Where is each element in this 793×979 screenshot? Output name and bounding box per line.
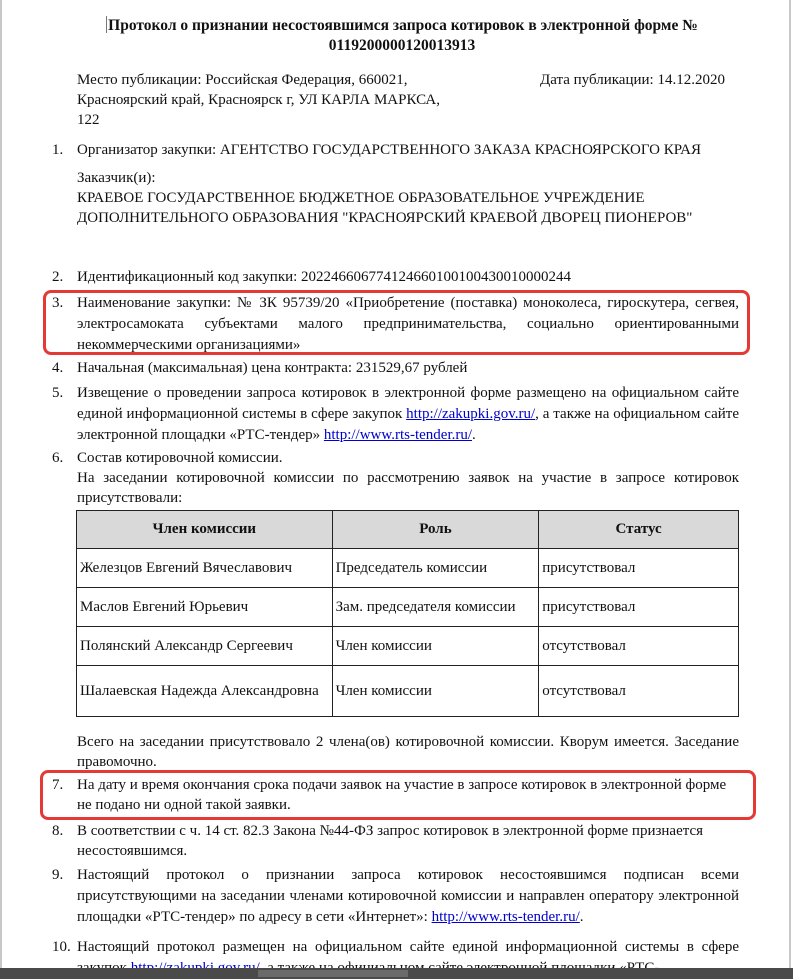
table-header-row: Член комиссии Роль Статус — [77, 511, 739, 549]
highlight-box-item-3 — [43, 290, 750, 355]
publication-date: Дата публикации: 14.12.2020 — [540, 70, 725, 90]
item-max-price: 4. Начальная (максимальная) цена контрак… — [52, 358, 742, 378]
organizer-text: Организатор закупки: АГЕНТСТВО ГОСУДАРСТ… — [77, 140, 717, 160]
member-role: Зам. председателя комиссии — [332, 588, 539, 627]
document-page: Протокол о признании несостоявшимся запр… — [0, 0, 791, 968]
member-status: отсутствовал — [539, 666, 739, 717]
table-row: Маслов Евгений Юрьевич Зам. председателя… — [77, 588, 739, 627]
member-role: Член комиссии — [332, 627, 539, 666]
scrollbar-thumb[interactable] — [258, 970, 408, 977]
item-protocol-published: 10. Настоящий протокол размещен на офици… — [52, 937, 739, 968]
horizontal-scrollbar[interactable] — [0, 968, 793, 979]
table-row: Шалаевская Надежда Александровна Член ко… — [77, 666, 739, 717]
member-name: Полянский Александр Сергеевич — [77, 627, 333, 666]
highlight-box-item-7 — [40, 770, 756, 820]
document-title: Протокол о признании несостоявшимся запр… — [62, 16, 742, 56]
zakupki-link[interactable]: http://zakupki.gov.ru/ — [131, 960, 260, 968]
rts-tender-link[interactable]: http://www.rts-tender.ru/ — [324, 427, 472, 443]
header-member: Член комиссии — [77, 511, 333, 549]
commission-subtext: На заседании котировочной комиссии по ра… — [77, 468, 739, 508]
publication-place: Место публикации: Российская Федерация, … — [77, 70, 457, 130]
member-name: Железцов Евгений Вячеславович — [77, 549, 333, 588]
item-notice: 5. Извещение о проведении запроса котиро… — [52, 383, 739, 446]
item-protocol-signed: 9. Настоящий протокол о признании запрос… — [52, 865, 739, 928]
customer-label: Заказчик(и): — [77, 168, 742, 188]
member-role: Член комиссии — [332, 666, 539, 717]
rts-tender-link[interactable]: http://www.rts-tender.ru/ — [432, 909, 580, 925]
customer-name: КРАЕВОЕ ГОСУДАРСТВЕННОЕ БЮДЖЕТНОЕ ОБРАЗО… — [77, 188, 717, 228]
member-status: присутствовал — [539, 549, 739, 588]
title-number: 0119200000120013913 — [329, 37, 475, 54]
member-role: Председатель комиссии — [332, 549, 539, 588]
item-organizer: 1. Организатор закупки: АГЕНТСТВО ГОСУДА… — [52, 140, 742, 228]
member-status: присутствовал — [539, 588, 739, 627]
header-status: Статус — [539, 511, 739, 549]
commission-table: Член комиссии Роль Статус Железцов Евген… — [76, 510, 739, 717]
member-name: Маслов Евгений Юрьевич — [77, 588, 333, 627]
commission-summary: Всего на заседании присутствовало 2 член… — [52, 732, 739, 772]
zakupki-link[interactable]: http://zakupki.gov.ru/ — [406, 406, 535, 422]
title-line-1: Протокол о признании несостоявшимся запр… — [108, 17, 698, 34]
header-role: Роль — [332, 511, 539, 549]
item-procurement-code: 2. Идентификационный код закупки: 202246… — [52, 267, 742, 287]
table-row: Полянский Александр Сергеевич Член комис… — [77, 627, 739, 666]
item-commission: 6. Состав котировочной комиссии. На засе… — [52, 448, 739, 508]
member-status: отсутствовал — [539, 627, 739, 666]
table-row: Железцов Евгений Вячеславович Председате… — [77, 549, 739, 588]
item-failed-status: 8. В соответствии с ч. 14 ст. 82.3 Закон… — [52, 821, 742, 861]
member-name: Шалаевская Надежда Александровна — [77, 666, 333, 717]
